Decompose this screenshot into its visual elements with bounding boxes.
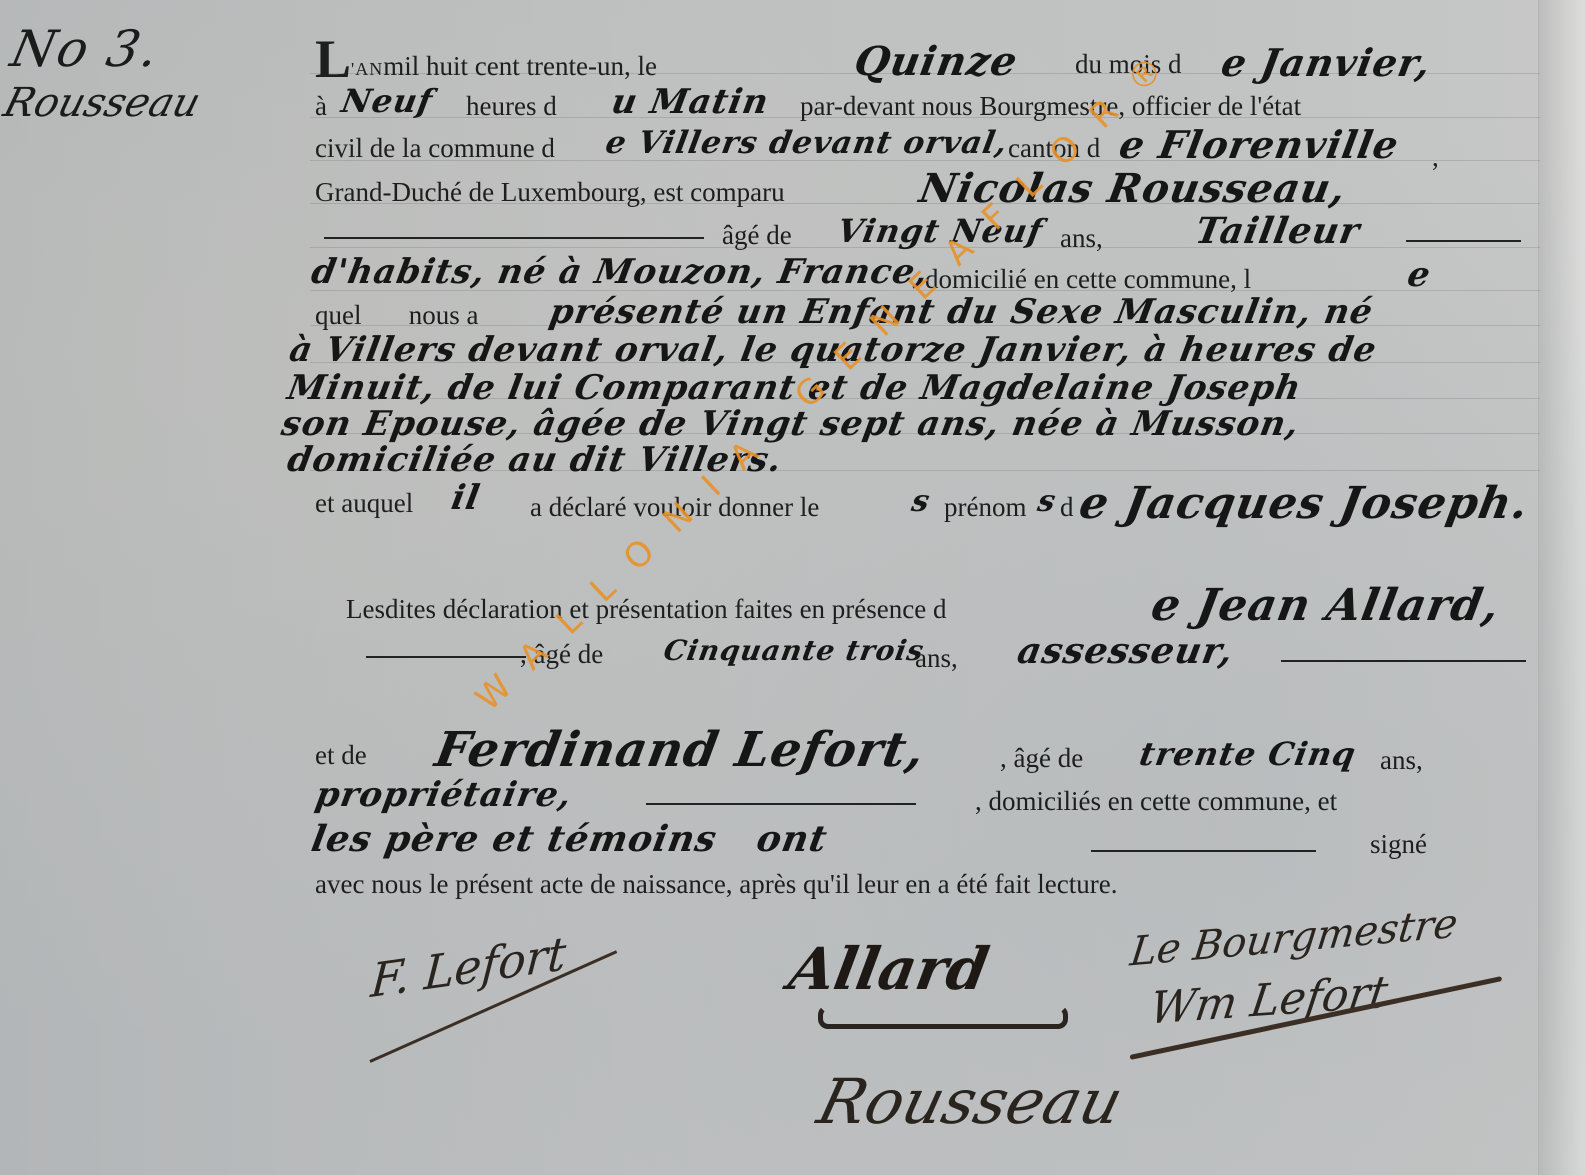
record-line-16: , domiciliés en cette commune, et — [975, 784, 1337, 820]
blank-line — [646, 803, 916, 805]
hw-witness-2-name: Ferdinand Lefort, — [431, 722, 929, 778]
hw-hour: Neuf — [339, 82, 436, 120]
record-line-17: signé — [1370, 827, 1427, 863]
hw-witness-1-name: e Jean Allard, — [1148, 580, 1504, 631]
print-text: par-devant nous Bourgmestre, officier de… — [800, 89, 1301, 125]
signature-mayor-title: Le Bourgmestre — [1128, 900, 1460, 975]
hw-period: u Matin — [608, 82, 772, 122]
hw-signatories: les père et témoins ont — [308, 818, 831, 860]
blank-line — [324, 237, 704, 239]
print-text: heures d — [466, 89, 557, 125]
record-line-2: à — [315, 89, 327, 125]
signature-witness-1: Allard — [784, 935, 994, 1003]
hw-month: e Janvier, — [1218, 40, 1435, 85]
record-line-7: quel nous a — [315, 298, 478, 334]
record-line-15: et de — [315, 738, 367, 774]
blank-line — [1406, 240, 1521, 242]
record-line-3: civil de la commune d — [315, 131, 555, 167]
blank-line — [1091, 850, 1316, 852]
hw-witness-2-age: trente Cinq — [1137, 735, 1360, 773]
print-text: prénom — [944, 490, 1026, 526]
print-text: ans, — [1060, 221, 1103, 257]
record-line-1: L'AN mil huit cent trente-un, le — [315, 42, 657, 78]
record-line-12: et auquel — [315, 486, 413, 522]
print-text: , âgé de — [1000, 741, 1083, 777]
print-text: ans, — [915, 641, 958, 677]
record-line-13: Lesdites déclaration et présentation fai… — [346, 592, 947, 628]
hw-pronoun: il — [448, 478, 483, 518]
record-line-5: âgé de — [722, 218, 792, 254]
hw-witness-1-age: Cinquante trois — [661, 634, 927, 667]
page-edge — [1538, 0, 1585, 1175]
hw-plural: s — [1035, 484, 1059, 519]
hw-child-sex: présenté un Enfant du Sexe Masculin, né — [546, 292, 1376, 332]
hw-witness-1-occupation: assesseur, — [1014, 630, 1237, 672]
hw-commune: e Villers devant orval, — [603, 125, 1011, 161]
hw-plural: s — [909, 484, 933, 519]
record-line-18: avec nous le présent acte de naissance, … — [315, 867, 1117, 903]
hw-canton: e Florenville — [1116, 122, 1402, 167]
hw-day: Quinze — [851, 38, 1022, 85]
print-text: , — [1432, 140, 1439, 176]
blank-line — [1281, 660, 1526, 662]
dropcap: L — [315, 42, 351, 76]
smallcaps: 'AN — [351, 52, 383, 86]
hw-declarant-occupation: Tailleur — [1192, 210, 1363, 252]
print-text: ans, — [1380, 743, 1423, 779]
record-line-4: Grand-Duché de Luxembourg, est comparu — [315, 175, 785, 211]
act-number: No 3. — [6, 20, 166, 78]
signature-father: Rousseau — [811, 1065, 1130, 1138]
signature-flourish — [818, 1005, 1068, 1029]
signature-witness-2: F. Lefort — [369, 926, 568, 1008]
hw-given-names: e Jacques Joseph. — [1076, 478, 1533, 529]
print-text: à — [315, 89, 327, 123]
margin-surname: Rousseau — [0, 80, 205, 126]
hw-birthplace: d'habits, né à Mouzon, France, — [308, 252, 931, 292]
print-text: mil huit cent trente-un, le — [383, 49, 657, 83]
print-text: d — [1060, 490, 1074, 526]
hw-witness-2-occupation: propriétaire, — [312, 775, 575, 815]
hw-suffix: e — [1404, 255, 1434, 295]
